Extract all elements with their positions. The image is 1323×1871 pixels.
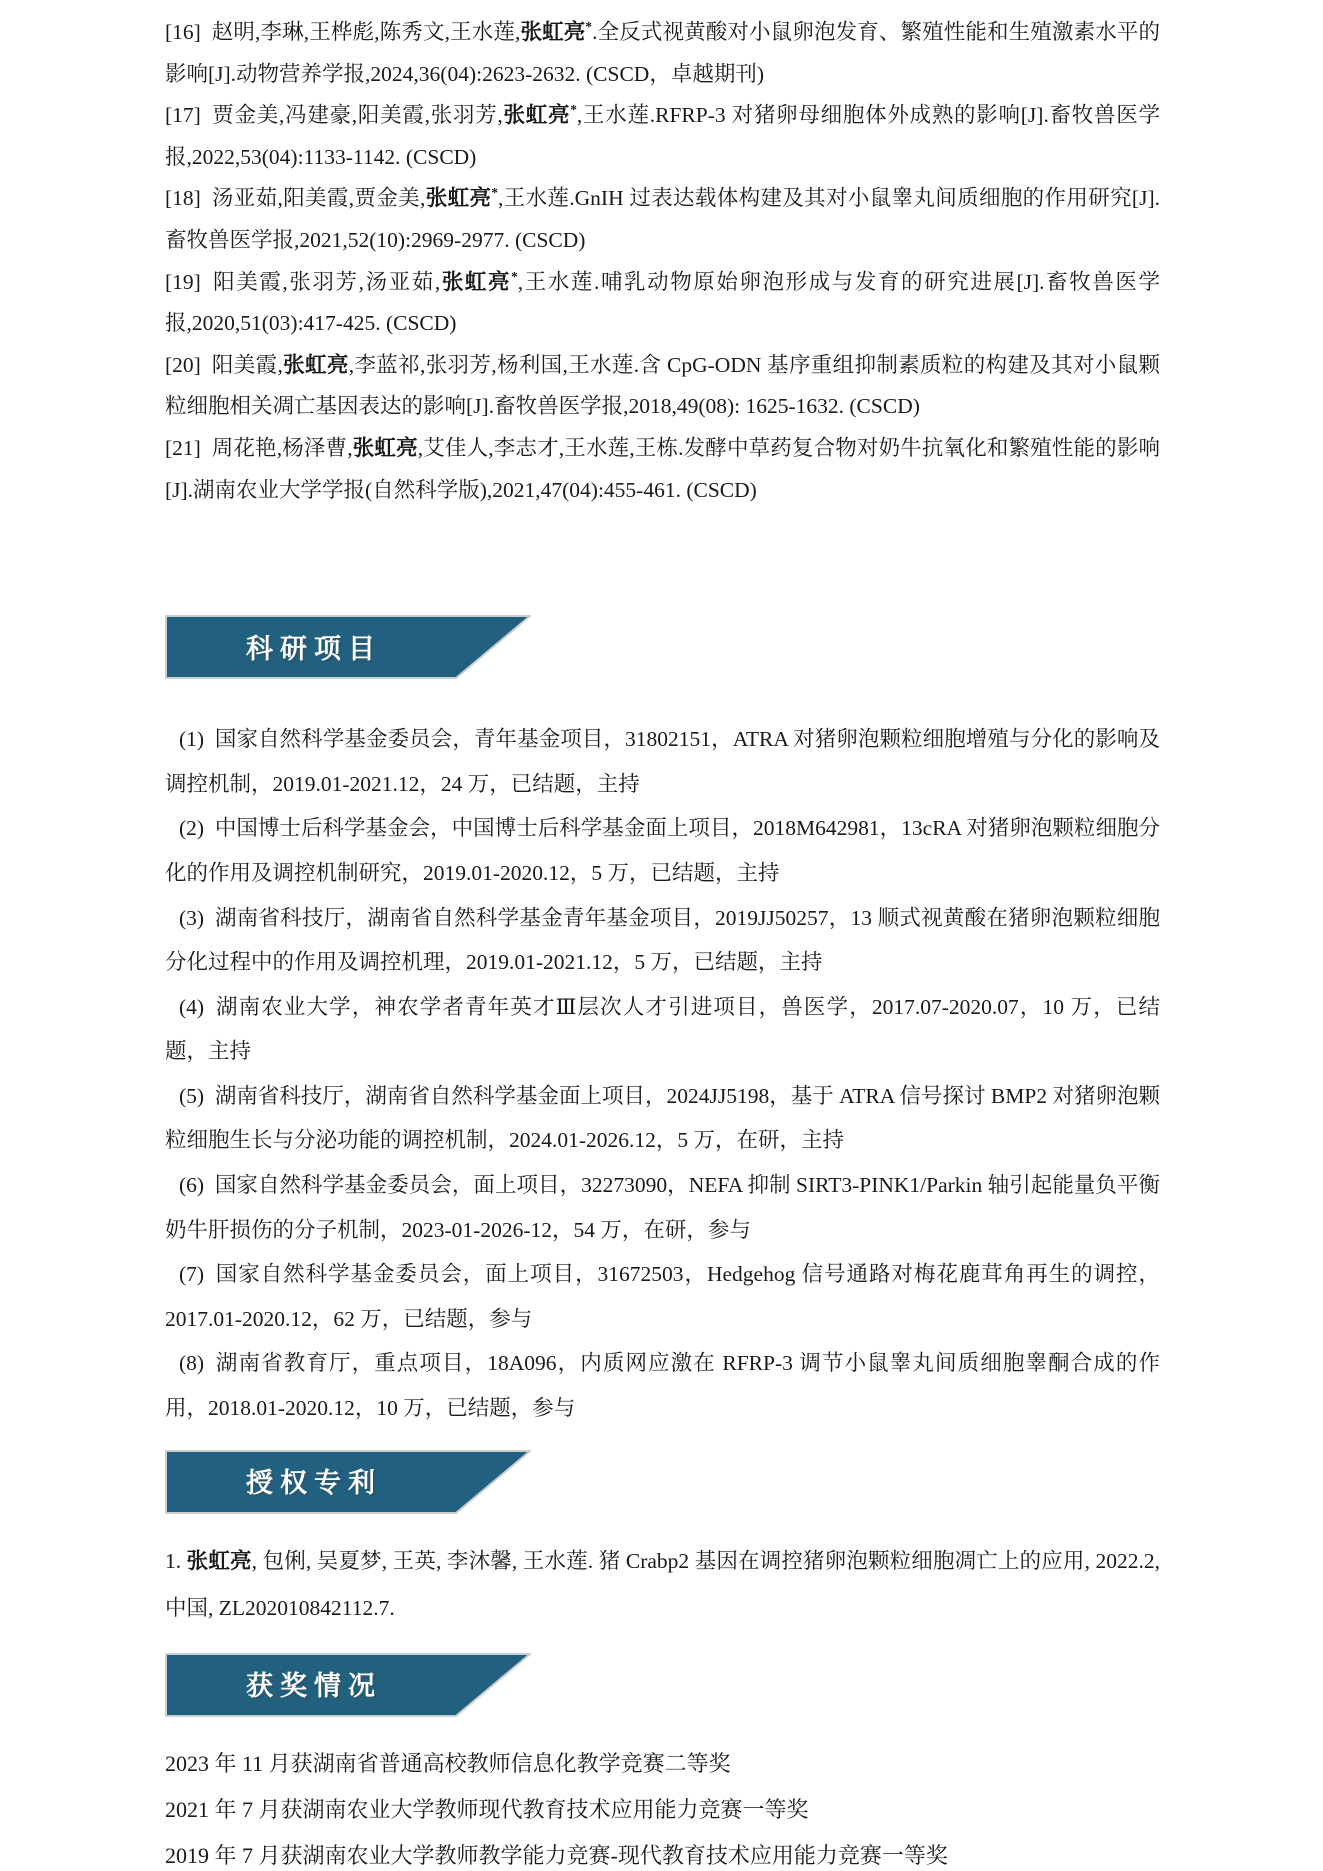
patent-entry-1: 1. 张虹亮, 包俐, 吴夏梦, 王英, 李沐馨, 王水莲. 猪 Crabp2 … bbox=[165, 1538, 1160, 1632]
project-entry-3: (3) 湖南省科技厅，湖南省自然科学基金青年基金项目，2019JJ50257，1… bbox=[165, 896, 1160, 985]
project-entry-8: (8) 湖南省教育厅，重点项目，18A096，内质网应激在 RFRP-3 调节小… bbox=[165, 1341, 1160, 1430]
cv-page: [16] 赵明,李琳,王桦彪,陈秀文,王水莲,张虹亮*.全反式视黄酸对小鼠卵泡发… bbox=[0, 0, 1323, 1871]
project-entry-6: (6) 国家自然科学基金委员会，面上项目，32273090，NEFA 抑制 SI… bbox=[165, 1163, 1160, 1252]
award-entry-2: 2021 年 7 月获湖南农业大学教师现代教育技术应用能力竞赛一等奖 bbox=[165, 1787, 1160, 1833]
section-title-awards: 获奖情况 bbox=[165, 1653, 456, 1715]
award-entry-1: 2023 年 11 月获湖南省普通高校教师信息化教学竞赛二等奖 bbox=[165, 1741, 1160, 1787]
project-entry-7: (7) 国家自然科学基金委员会，面上项目，31672503，Hedgehog 信… bbox=[165, 1252, 1160, 1341]
publication-entry-16: [16] 赵明,李琳,王桦彪,陈秀文,王水莲,张虹亮*.全反式视黄酸对小鼠卵泡发… bbox=[165, 12, 1160, 95]
section-banner-awards: 获奖情况 bbox=[165, 1653, 531, 1717]
patents-list: 1. 张虹亮, 包俐, 吴夏梦, 王英, 李沐馨, 王水莲. 猪 Crabp2 … bbox=[165, 1538, 1160, 1632]
publication-entry-18: [18] 汤亚茹,阳美霞,贾金美,张虹亮*,王水莲.GnIH 过表达载体构建及其… bbox=[165, 178, 1160, 261]
publication-entry-19: [19] 阳美霞,张羽芳,汤亚茹,张虹亮*,王水莲.哺乳动物原始卵泡形成与发育的… bbox=[165, 262, 1160, 345]
section-banner-patents: 授权专利 bbox=[165, 1450, 531, 1514]
award-entry-3: 2019 年 7 月获湖南农业大学教师教学能力竞赛-现代教育技术应用能力竞赛一等… bbox=[165, 1833, 1160, 1871]
project-entry-2: (2) 中国博士后科学基金会，中国博士后科学基金面上项目，2018M642981… bbox=[165, 806, 1160, 895]
publication-entry-20: [20] 阳美霞,张虹亮,李蓝祁,张羽芳,杨利国,王水莲.含 CpG-ODN 基… bbox=[165, 345, 1160, 428]
awards-list: 2023 年 11 月获湖南省普通高校教师信息化教学竞赛二等奖 2021 年 7… bbox=[165, 1741, 1160, 1871]
project-entry-5: (5) 湖南省科技厅，湖南省自然科学基金面上项目，2024JJ5198，基于 A… bbox=[165, 1074, 1160, 1163]
research-projects-list: (1) 国家自然科学基金委员会，青年基金项目，31802151，ATRA 对猪卵… bbox=[165, 717, 1160, 1431]
publication-entry-21: [21] 周花艳,杨泽曹,张虹亮,艾佳人,李志才,王水莲,王栋.发酵中草药复合物… bbox=[165, 428, 1160, 511]
project-entry-1: (1) 国家自然科学基金委员会，青年基金项目，31802151，ATRA 对猪卵… bbox=[165, 717, 1160, 806]
publication-entry-17: [17] 贾金美,冯建豪,阳美霞,张羽芳,张虹亮*,王水莲.RFRP-3 对猪卵… bbox=[165, 95, 1160, 178]
section-banner-projects: 科研项目 bbox=[165, 615, 531, 679]
publications-list: [16] 赵明,李琳,王桦彪,陈秀文,王水莲,张虹亮*.全反式视黄酸对小鼠卵泡发… bbox=[165, 12, 1160, 511]
section-title-patents: 授权专利 bbox=[165, 1450, 456, 1512]
project-entry-4: (4) 湖南农业大学，神农学者青年英才Ⅲ层次人才引进项目，兽医学，2017.07… bbox=[165, 985, 1160, 1074]
section-title-projects: 科研项目 bbox=[165, 615, 456, 677]
